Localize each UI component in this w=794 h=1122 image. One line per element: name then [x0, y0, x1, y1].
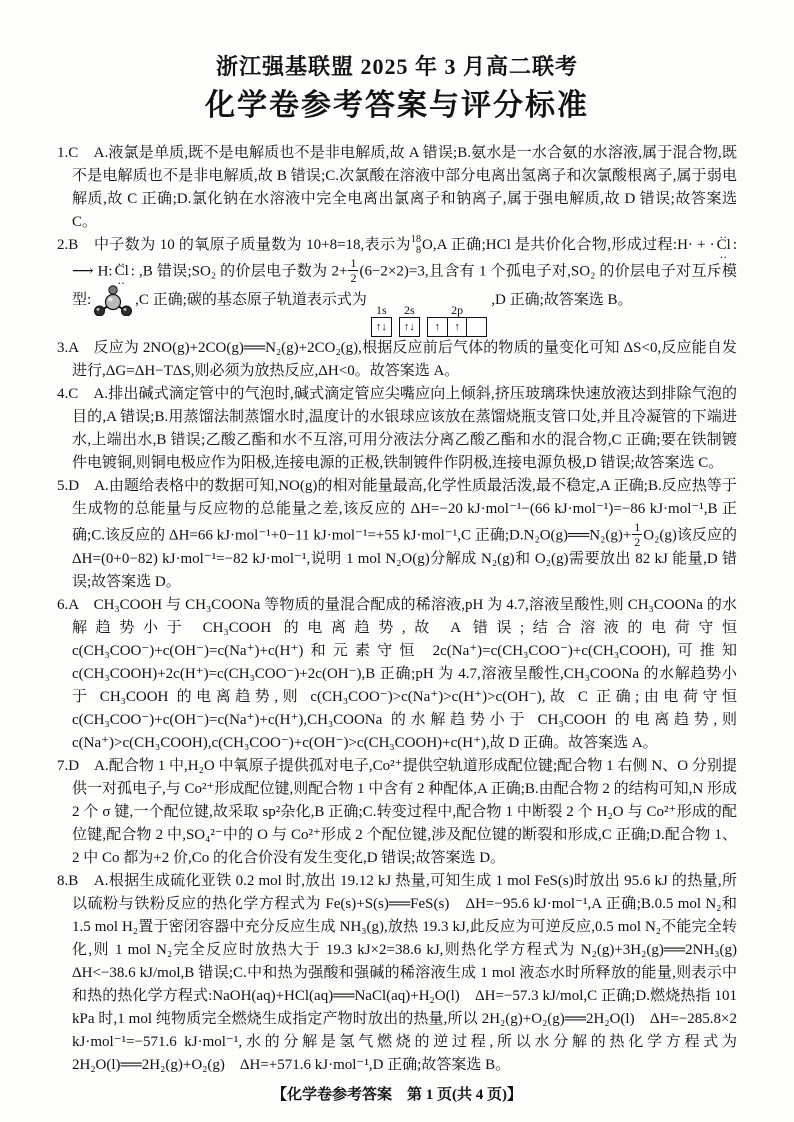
answer-item-8: 8.B A.根据生成硫化亚铁 0.2 mol 时,放出 19.12 kJ 热量,… — [57, 870, 737, 1077]
answer-text: 2.B 中子数为 10 的氧原子质量数为 10+8=18,表示为 — [57, 237, 411, 253]
orbital-group-1s: 1s↑↓ — [371, 303, 392, 337]
answer-item-6: 6.A CH₃COOH 与 CH₃COONa 等物质的量混合配成的稀溶液,pH … — [57, 594, 737, 755]
fraction: 12 — [348, 257, 358, 284]
answers-content: 1.C A.液氯是单质,既不是电解质也不是非电解质,故 A 错误;B.氨水是一水… — [57, 142, 737, 1077]
fraction-denominator: 2 — [632, 535, 642, 548]
answer-item-3: 3.A 反应为 2NO(g)+2CO(g)══N₂(g)+2CO₂(g),根据反… — [57, 337, 737, 383]
page-footer: 【化学卷参考答案 第 1 页(共 4 页)】 — [0, 1083, 794, 1104]
answer-text: : ,B 错误;SO₂ 的价层电子数为 2+ — [131, 263, 348, 279]
orbital-label: 2p — [451, 303, 463, 317]
answer-text: ,A 正确;HCl 是共价化合物,形成过程:H· + · — [433, 237, 715, 253]
answer-text: 7.D A.配合物 1 中,H₂O 中氧原子提供孤对电子,Co²⁺提供空轨道形成… — [57, 758, 737, 866]
element-symbol: O — [422, 237, 433, 253]
answer-text: ,D 正确;故答案选 B。 — [491, 292, 632, 308]
answer-item-1: 1.C A.液氯是单质,既不是电解质也不是非电解质,故 A 错误;B.氨水是一水… — [57, 142, 737, 234]
orbital-diagram: 1s↑↓2s↑↓2p↑↑ — [371, 303, 487, 337]
lewis-chlorine: Cl — [717, 234, 731, 257]
answer-item-4: 4.C A.排出碱式滴定管中的气泡时,碱式滴定管应尖嘴应向上倾斜,挤压玻璃珠快速… — [57, 383, 737, 475]
orbital-label: 2s — [404, 303, 415, 317]
exam-title: 浙江强基联盟 2025 年 3 月高二联考 — [57, 52, 737, 82]
answer-text: 4.C A.排出碱式滴定管中的气泡时,碱式滴定管应尖嘴应向上倾斜,挤压玻璃珠快速… — [57, 386, 737, 471]
orbital-group-2s: 2s↑↓ — [399, 303, 420, 337]
orbital-boxes: ↑↓ — [399, 317, 420, 337]
isotope-notation: 188 — [411, 235, 421, 255]
answer-text: 3.A 反应为 2NO(g)+2CO(g)══N₂(g)+2CO₂(g),根据反… — [57, 340, 737, 379]
orbital-box: ↑↓ — [399, 317, 420, 337]
page-title: 化学卷参考答案与评分标准 — [57, 86, 737, 126]
answer-item-7: 7.D A.配合物 1 中,H₂O 中氧原子提供孤对电子,Co²⁺提供空轨道形成… — [57, 755, 737, 870]
answer-text: 8.B A.根据生成硫化亚铁 0.2 mol 时,放出 19.12 kJ 热量,… — [57, 873, 752, 1073]
orbital-label: 1s — [376, 303, 387, 317]
orbital-box: ↑ — [447, 317, 468, 337]
fraction: 12 — [632, 521, 642, 548]
answer-text: 6.A CH₃COOH 与 CH₃COONa 等物质的量混合配成的稀溶液,pH … — [57, 597, 737, 751]
vsepr-model-icon — [93, 284, 133, 324]
fraction-numerator: 1 — [632, 521, 642, 535]
answer-item-2: 2.B 中子数为 10 的氧原子质量数为 10+8=18,表示为188O,A 正… — [57, 234, 737, 337]
answer-text: ,C 正确;碳的基态原子轨道表示式为 — [135, 292, 367, 308]
orbital-group-2p: 2p↑↑ — [427, 303, 487, 337]
orbital-boxes: ↑↑ — [427, 317, 487, 337]
fraction-numerator: 1 — [348, 257, 358, 271]
orbital-box: ↑↓ — [371, 317, 392, 337]
answer-item-5: 5.D A.由题给表格中的数据可知,NO(g)的相对能量最高,化学性质最活泼,最… — [57, 475, 737, 594]
orbital-box: ↑ — [427, 317, 448, 337]
answer-text: 1.C A.液氯是单质,既不是电解质也不是非电解质,故 A 错误;B.氨水是一水… — [57, 145, 737, 230]
orbital-boxes: ↑↓ — [371, 317, 392, 337]
exam-answer-page: 浙江强基联盟 2025 年 3 月高二联考 化学卷参考答案与评分标准 1.C A… — [0, 0, 794, 1122]
orbital-box — [466, 317, 487, 337]
lewis-chlorine: Cl — [115, 260, 129, 283]
atomic-number: 8 — [411, 246, 421, 256]
fraction-denominator: 2 — [348, 271, 358, 284]
